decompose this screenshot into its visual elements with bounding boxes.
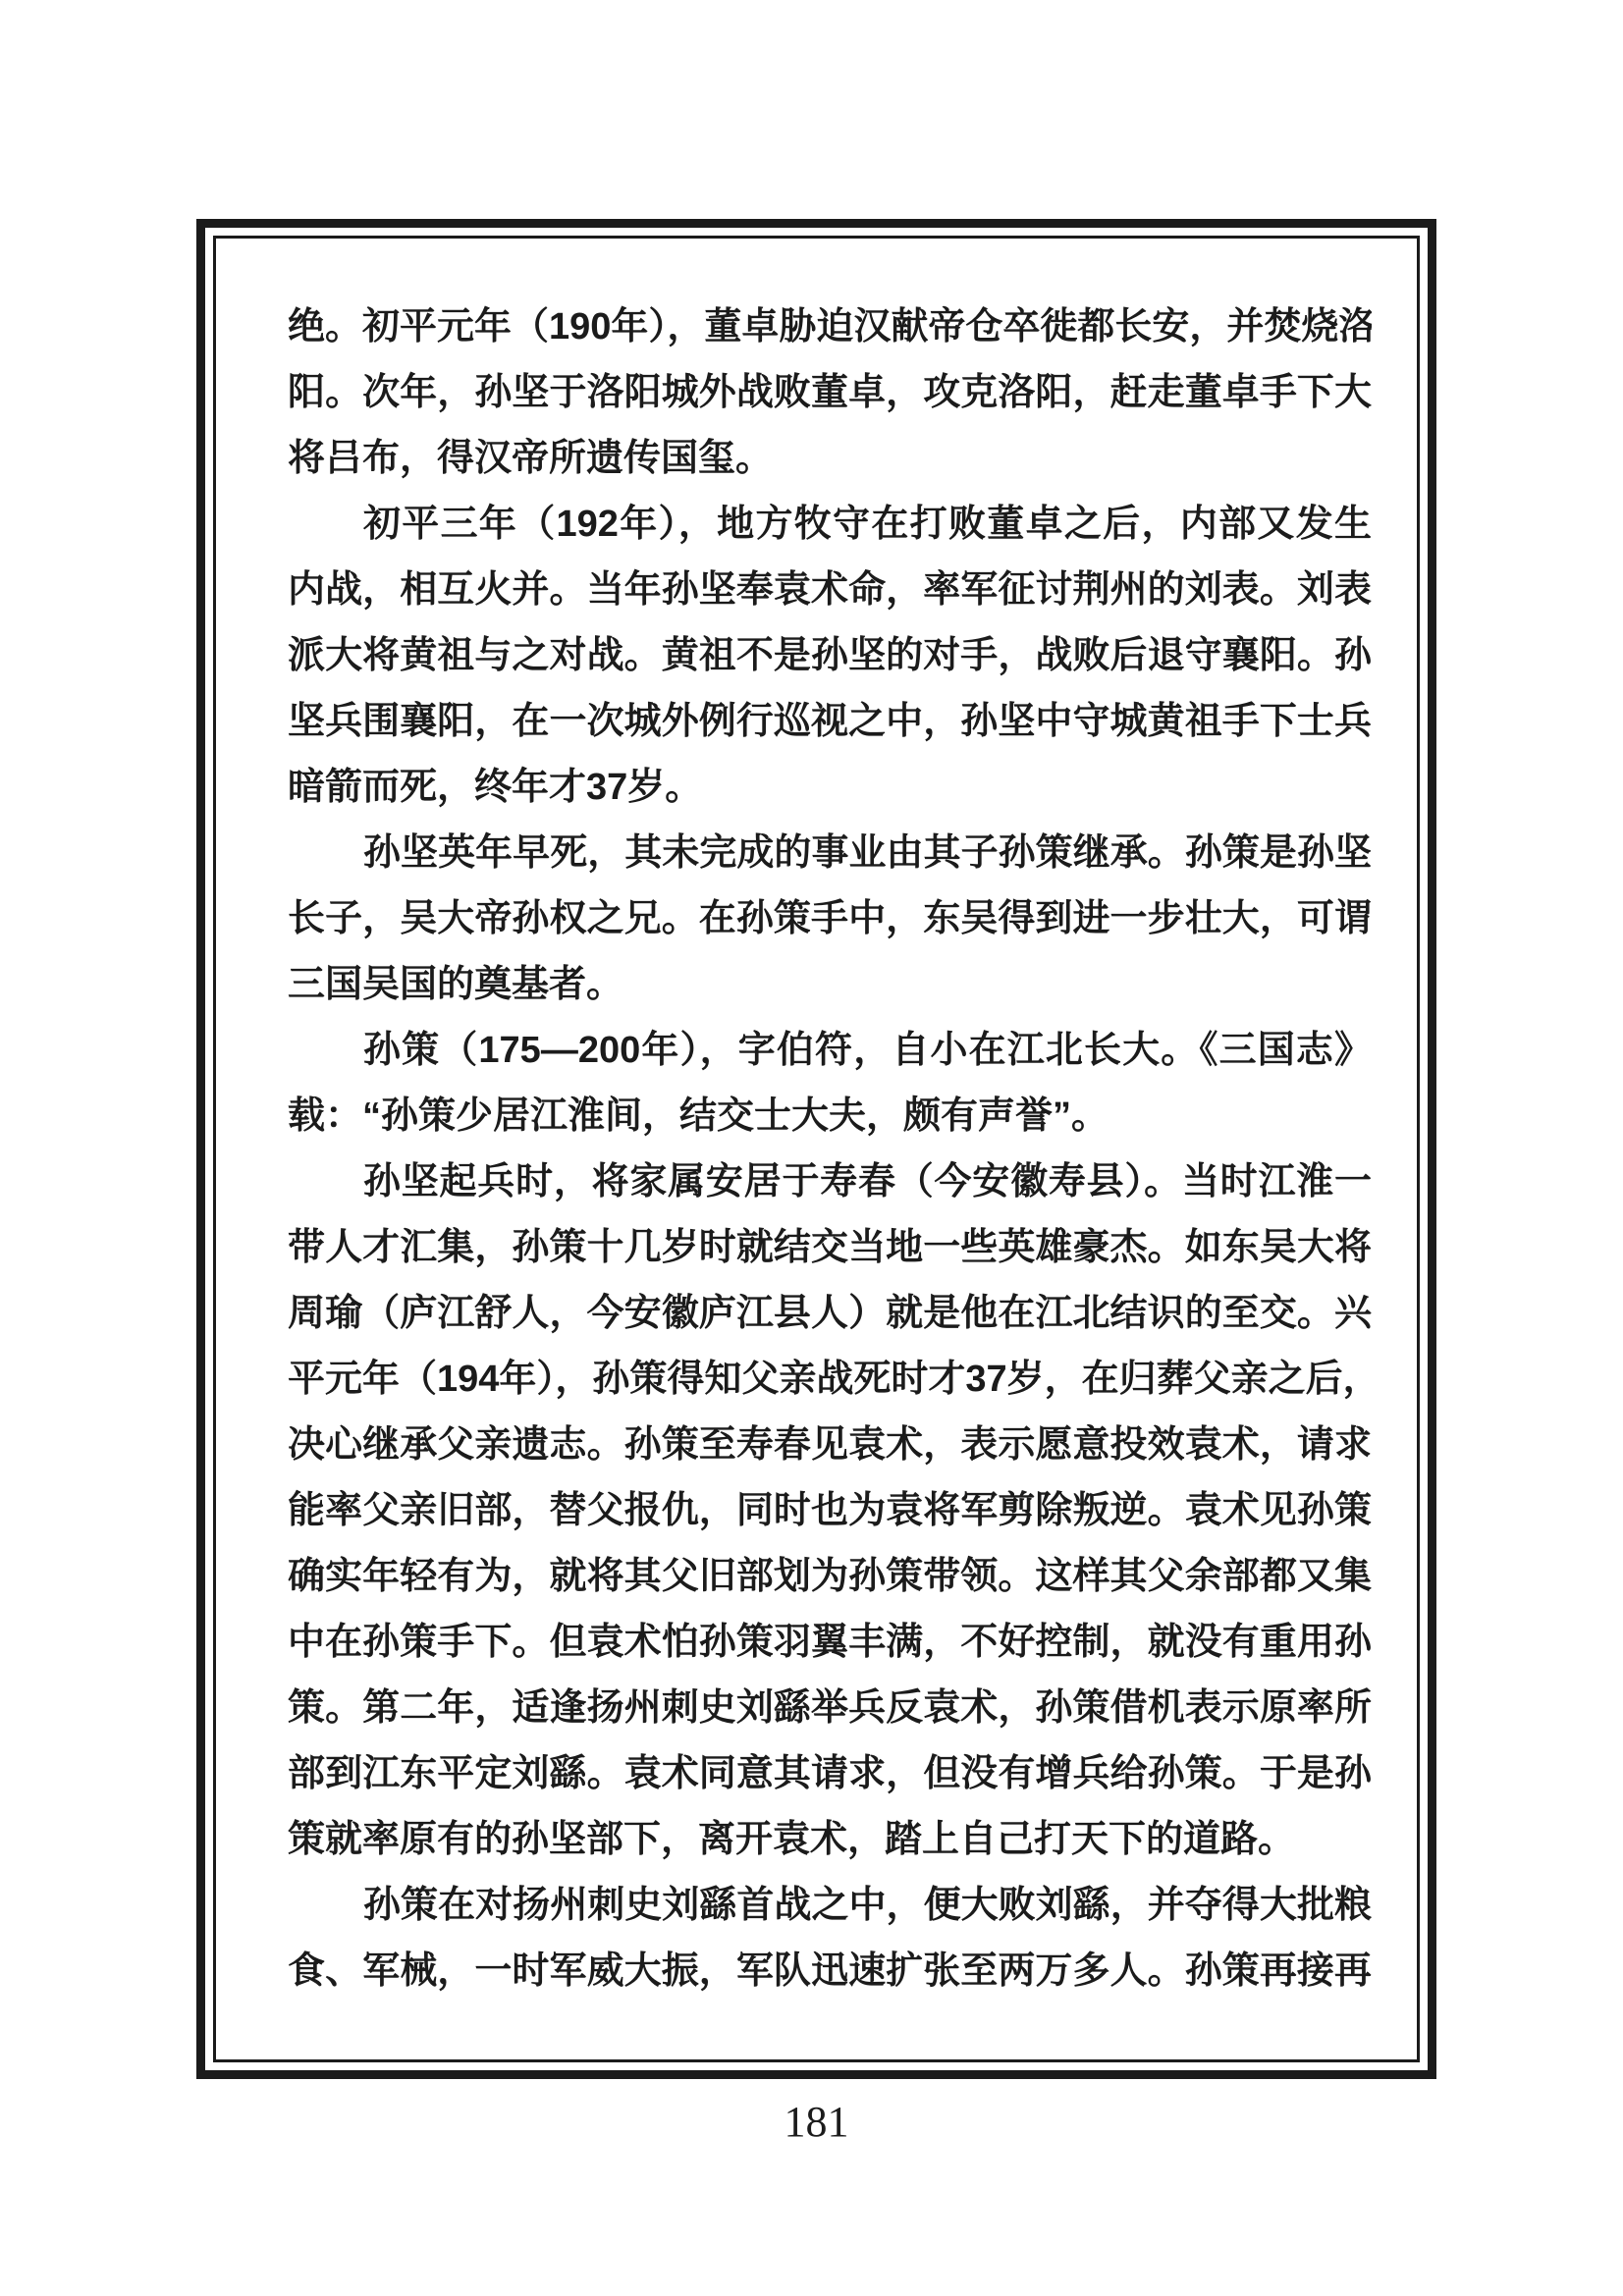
text-line: 三国吴国的奠基者。 (288, 952, 1372, 1018)
text-line: 平元年（194年），孙策得知父亲战死时才37岁，在归葬父亲之后， (288, 1347, 1372, 1413)
text-line: 孙坚起兵时，将家属安居于寿春（今安徽寿县）。当时江淮一 (288, 1149, 1372, 1215)
text-line: 周瑜（庐江舒人，今安徽庐江县人）就是他在江北结识的至交。兴 (288, 1281, 1372, 1347)
text-line: 长子，吴大帝孙权之兄。在孙策手中，东吴得到进一步壮大，可谓 (288, 886, 1372, 952)
text-line: 初平三年（192年），地方牧守在打败董卓之后，内部又发生 (288, 492, 1372, 558)
text-line: 派大将黄祖与之对战。黄祖不是孙坚的对手，战败后退守襄阳。孙 (288, 623, 1372, 689)
text-line: 确实年轻有为，就将其父旧部划为孙策带领。这样其父余部都又集 (288, 1544, 1372, 1610)
book-page: 绝。初平元年（190年），董卓胁迫汉献帝仓卒徙都长安，并焚烧洛 阳。次年，孙坚于… (0, 0, 1623, 2296)
text-line: 策就率原有的孙坚部下，离开袁术，踏上自己打天下的道路。 (288, 1807, 1372, 1873)
page-number: 181 (196, 2097, 1436, 2147)
text-line: 带人才汇集，孙策十几岁时就结交当地一些英雄豪杰。如东吴大将 (288, 1215, 1372, 1281)
text-line: 孙坚英年早死，其未完成的事业由其子孙策继承。孙策是孙坚 (288, 821, 1372, 886)
text-line: 孙策（175—200年），字伯符，自小在江北长大。《三国志》 (288, 1018, 1372, 1084)
text-line: 阳。次年，孙坚于洛阳城外战败董卓，攻克洛阳，赶走董卓手下大 (288, 360, 1372, 426)
text-line: 决心继承父亲遗志。孙策至寿春见袁术，表示愿意投效袁术，请求 (288, 1413, 1372, 1478)
text-line: 策。第二年，适逢扬州刺史刘繇举兵反袁术，孙策借机表示原率所 (288, 1676, 1372, 1741)
text-line: 暗箭而死，终年才37岁。 (288, 755, 1372, 821)
text-line: 部到江东平定刘繇。袁术同意其请求，但没有增兵给孙策。于是孙 (288, 1741, 1372, 1807)
text-line: 能率父亲旧部，替父报仇，同时也为袁将军剪除叛逆。袁术见孙策 (288, 1478, 1372, 1544)
text-line: 内战，相互火并。当年孙坚奉袁术命，率军征讨荆州的刘表。刘表 (288, 558, 1372, 623)
text-line: 将吕布，得汉帝所遗传国玺。 (288, 426, 1372, 492)
text-line: 食、军械，一时军威大振，军队迅速扩张至两万多人。孙策再接再 (288, 1939, 1372, 2004)
text-line: 绝。初平元年（190年），董卓胁迫汉献帝仓卒徙都长安，并焚烧洛 (288, 294, 1372, 360)
text-line: 坚兵围襄阳，在一次城外例行巡视之中，孙坚中守城黄祖手下士兵 (288, 689, 1372, 755)
text-line: 中在孙策手下。但袁术怕孙策羽翼丰满，不好控制，就没有重用孙 (288, 1610, 1372, 1676)
body-text: 绝。初平元年（190年），董卓胁迫汉献帝仓卒徙都长安，并焚烧洛 阳。次年，孙坚于… (288, 294, 1372, 2004)
text-line: 载：“孙策少居江淮间，结交士大夫，颇有声誉”。 (288, 1084, 1372, 1149)
text-line: 孙策在对扬州刺史刘繇首战之中，便大败刘繇，并夺得大批粮 (288, 1873, 1372, 1939)
